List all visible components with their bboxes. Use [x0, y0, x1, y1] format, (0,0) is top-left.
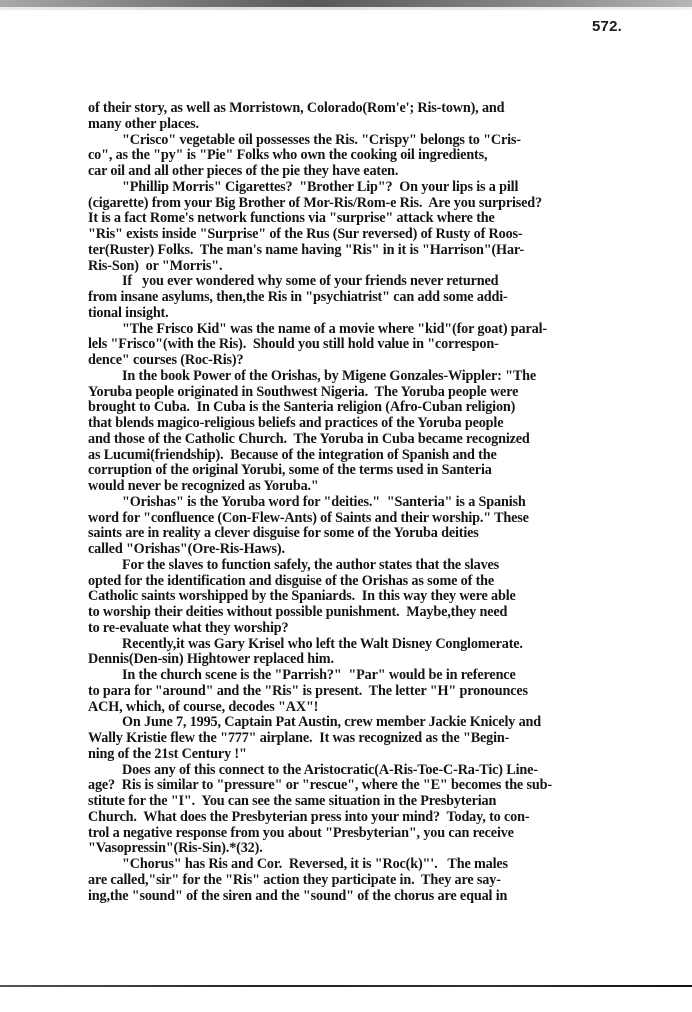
text-line: In the church scene is the "Parrish?" "P…	[122, 667, 516, 683]
text-line: tional insight.	[88, 305, 169, 321]
text-line: Does any of this connect to the Aristocr…	[122, 762, 538, 778]
text-line: co", as the "py" is "Pie" Folks who own …	[88, 147, 487, 163]
text-line: "Vasopressin"(Ris-Sin).*(32).	[88, 840, 263, 856]
text-line: as Lucumi(friendship). Because of the in…	[88, 447, 497, 463]
text-line: Yoruba people originated in Southwest Ni…	[88, 384, 518, 400]
text-line: of their story, as well as Morristown, C…	[88, 100, 504, 116]
text-line: brought to Cuba. In Cuba is the Santeria…	[88, 399, 515, 415]
text-line: On June 7, 1995, Captain Pat Austin, cre…	[122, 714, 541, 730]
scan-edge-artifact	[0, 0, 692, 7]
text-line: age? Ris is similar to "pressure" or "re…	[88, 777, 552, 793]
text-line: "Ris" exists inside "Surprise" of the Ru…	[88, 226, 522, 242]
text-line: "The Frisco Kid" was the name of a movie…	[122, 321, 547, 337]
text-line: "Chorus" has Ris and Cor. Reversed, it i…	[122, 856, 508, 872]
text-line: corruption of the original Yorubi, some …	[88, 462, 492, 478]
text-line: many other places.	[88, 116, 199, 132]
text-line: It is a fact Rome's network functions vi…	[88, 210, 495, 226]
text-line: that blends magico-religious beliefs and…	[88, 415, 503, 431]
text-line: to para for "around" and the "Ris" is pr…	[88, 683, 528, 699]
text-line: car oil and all other pieces of the pie …	[88, 163, 398, 179]
text-line: "Orishas" is the Yoruba word for "deitie…	[122, 494, 526, 510]
text-line: For the slaves to function safely, the a…	[122, 557, 499, 573]
text-line: word for "confluence (Con-Flew-Ants) of …	[88, 510, 529, 526]
text-line: from insane asylums, then,the Ris in "ps…	[88, 289, 508, 305]
text-line: ter(Ruster) Folks. The man's name having…	[88, 242, 524, 258]
text-line: Dennis(Den-sin) Hightower replaced him.	[88, 651, 334, 667]
text-line: would never be recognized as Yoruba."	[88, 478, 319, 494]
text-line: Recently,it was Gary Krisel who left the…	[122, 636, 523, 652]
text-line: (cigarette) from your Big Brother of Mor…	[88, 195, 542, 211]
text-line: "Phillip Morris" Cigarettes? "Brother Li…	[122, 179, 518, 195]
text-line: are called,"sir" for the "Ris" action th…	[88, 872, 501, 888]
text-line: Catholic saints worshipped by the Spania…	[88, 588, 516, 604]
text-line: called "Orishas"(Ore-Ris-Haws).	[88, 541, 285, 557]
text-line: If you ever wondered why some of your fr…	[122, 273, 498, 289]
text-line: saints are in reality a clever disguise …	[88, 525, 479, 541]
text-line: ning of the 21st Century !"	[88, 746, 247, 762]
text-line: stitute for the "I". You can see the sam…	[88, 793, 496, 809]
page-bottom-edge	[0, 985, 692, 987]
text-line: Church. What does the Presbyterian press…	[88, 809, 529, 825]
text-line: ACH, which, of course, decodes "AX"!	[88, 699, 318, 715]
page-number: 572.	[592, 18, 622, 35]
text-line: Wally Kristie flew the "777" airplane. I…	[88, 730, 509, 746]
text-line: "Crisco" vegetable oil possesses the Ris…	[122, 132, 521, 148]
text-line: trol a negative response from you about …	[88, 825, 514, 841]
text-line: and those of the Catholic Church. The Yo…	[88, 431, 530, 447]
text-line: opted for the identification and disguis…	[88, 573, 494, 589]
text-line: lels "Frisco"(with the Ris). Should you …	[88, 336, 499, 352]
text-line: ing,the "sound" of the siren and the "so…	[88, 888, 507, 904]
text-line: to worship their deities without possibl…	[88, 604, 507, 620]
text-line: In the book Power of the Orishas, by Mig…	[122, 368, 536, 384]
text-line: Ris-Son) or "Morris".	[88, 258, 222, 274]
text-line: to re-evaluate what they worship?	[88, 620, 289, 636]
text-line: dence" courses (Roc-Ris)?	[88, 352, 243, 368]
